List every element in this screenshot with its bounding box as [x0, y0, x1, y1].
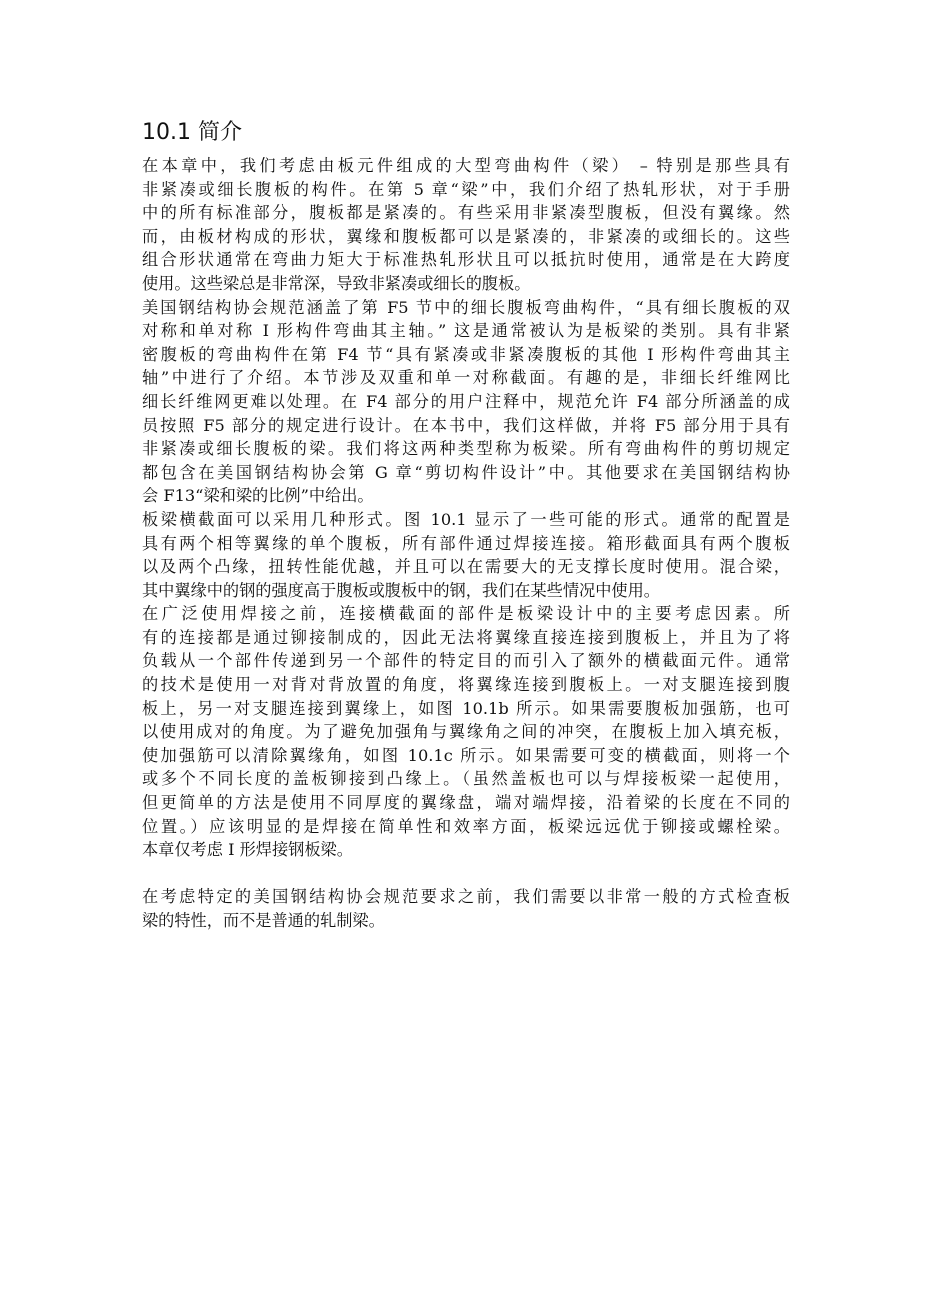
text-line: 板梁横截面可以采用几种形式。图 10.1 显示了一些可能的形式。通常的配置是: [142, 508, 790, 532]
text-line: 以使用成对的角度。为了避免加强角与翼缘角之间的冲突，在腹板上加入填充板，: [142, 720, 790, 744]
text-line: 本章仅考虑 I 形焊接钢板梁。: [142, 838, 790, 862]
paragraph-aisc-spec: 美国钢结构协会规范涵盖了第 F5 节中的细长腹板弯曲构件，“具有细长腹板的双 对…: [142, 296, 790, 508]
text-line: 有的连接都是通过铆接制成的，因此无法将翼缘直接连接到腹板上，并且为了将: [142, 626, 790, 650]
text-line: 在广泛使用焊接之前，连接横截面的部件是板梁设计中的主要考虑因素。所: [142, 602, 790, 626]
text-line: 在本章中，我们考虑由板元件组成的大型弯曲构件（梁） – 特别是那些具有: [142, 154, 790, 178]
text-line: 对称和单对称 I 形构件弯曲其主轴。” 这是通常被认为是板梁的类别。具有非紧: [142, 319, 790, 343]
text-line: 的技术是使用一对背对背放置的角度，将翼缘连接到腹板上。一对支腿连接到腹: [142, 673, 790, 697]
text-line: 其中翼缘中的钢的强度高于腹板或腹板中的钢，我们在某些情况中使用。: [142, 579, 790, 603]
text-line: 非紧凑或细长腹板的梁。我们将这两种类型称为板梁。所有弯曲构件的剪切规定: [142, 437, 790, 461]
text-line: 负载从一个部件传递到另一个部件的特定目的而引入了额外的横截面元件。通常: [142, 649, 790, 673]
text-line: 以及两个凸缘，扭转性能优越，并且可以在需要大的无支撑长度时使用。混合梁，: [142, 555, 790, 579]
text-line: 在考虑特定的美国钢结构协会规范要求之前，我们需要以非常一般的方式检查板: [142, 885, 790, 909]
paragraph-cross-sections: 板梁横截面可以采用几种形式。图 10.1 显示了一些可能的形式。通常的配置是 具…: [142, 508, 790, 602]
section-heading: 10.1 简介: [142, 118, 790, 148]
text-line: 美国钢结构协会规范涵盖了第 F5 节中的细长腹板弯曲构件，“具有细长腹板的双: [142, 296, 790, 320]
text-line: 梁的特性，而不是普通的轧制梁。: [142, 909, 790, 933]
paragraph-intro: 在本章中，我们考虑由板元件组成的大型弯曲构件（梁） – 特别是那些具有 非紧凑或…: [142, 154, 790, 296]
text-line: 而，由板材构成的形状，翼缘和腹板都可以是紧凑的，非紧凑的或细长的。这些: [142, 225, 790, 249]
paragraph-closing: 在考虑特定的美国钢结构协会规范要求之前，我们需要以非常一般的方式检查板 梁的特性…: [142, 885, 790, 932]
text-line: 密腹板的弯曲构件在第 F4 节“具有紧凑或非紧凑腹板的其他 I 形构件弯曲其主: [142, 343, 790, 367]
text-line: 会 F13“梁和梁的比例”中给出。: [142, 484, 790, 508]
text-line: 组合形状通常在弯曲力矩大于标准热轧形状且可以抵抗时使用，通常是在大跨度: [142, 248, 790, 272]
text-line: 位置。）应该明显的是焊接在简单性和效率方面，板梁远远优于铆接或螺栓梁。: [142, 815, 790, 839]
text-line: 都包含在美国钢结构协会第 G 章“剪切构件设计”中。其他要求在美国钢结构协: [142, 461, 790, 485]
text-line: 非紧凑或细长腹板的构件。在第 5 章“梁”中，我们介绍了热轧形状，对于手册: [142, 178, 790, 202]
text-line: 中的所有标准部分，腹板都是紧凑的。有些采用非紧凑型腹板，但没有翼缘。然: [142, 201, 790, 225]
paragraph-spacer: [142, 862, 790, 886]
text-line: 员按照 F5 部分的规定进行设计。在本书中，我们这样做，并将 F5 部分用于具有: [142, 414, 790, 438]
text-line: 细长纤维网更难以处理。在 F4 部分的用户注释中，规范允许 F4 部分所涵盖的成: [142, 390, 790, 414]
text-line: 或多个不同长度的盖板铆接到凸缘上。（虽然盖板也可以与焊接板梁一起使用，: [142, 767, 790, 791]
text-line: 轴”中进行了介绍。本节涉及双重和单一对称截面。有趣的是，非细长纤维网比: [142, 366, 790, 390]
text-line: 具有两个相等翼缘的单个腹板，所有部件通过焊接连接。箱形截面具有两个腹板: [142, 532, 790, 556]
text-line: 使用。这些梁总是非常深，导致非紧凑或细长的腹板。: [142, 272, 790, 296]
text-line: 但更简单的方法是使用不同厚度的翼缘盘，端对端焊接，沿着梁的长度在不同的: [142, 791, 790, 815]
document-page: 10.1 简介 在本章中，我们考虑由板元件组成的大型弯曲构件（梁） – 特别是那…: [142, 118, 790, 933]
text-line: 板上，另一对支腿连接到翼缘上，如图 10.1b 所示。如果需要腹板加强筋，也可: [142, 697, 790, 721]
text-line: 使加强筋可以清除翼缘角，如图 10.1c 所示。如果需要可变的横截面，则将一个: [142, 744, 790, 768]
paragraph-riveted-history: 在广泛使用焊接之前，连接横截面的部件是板梁设计中的主要考虑因素。所 有的连接都是…: [142, 602, 790, 862]
